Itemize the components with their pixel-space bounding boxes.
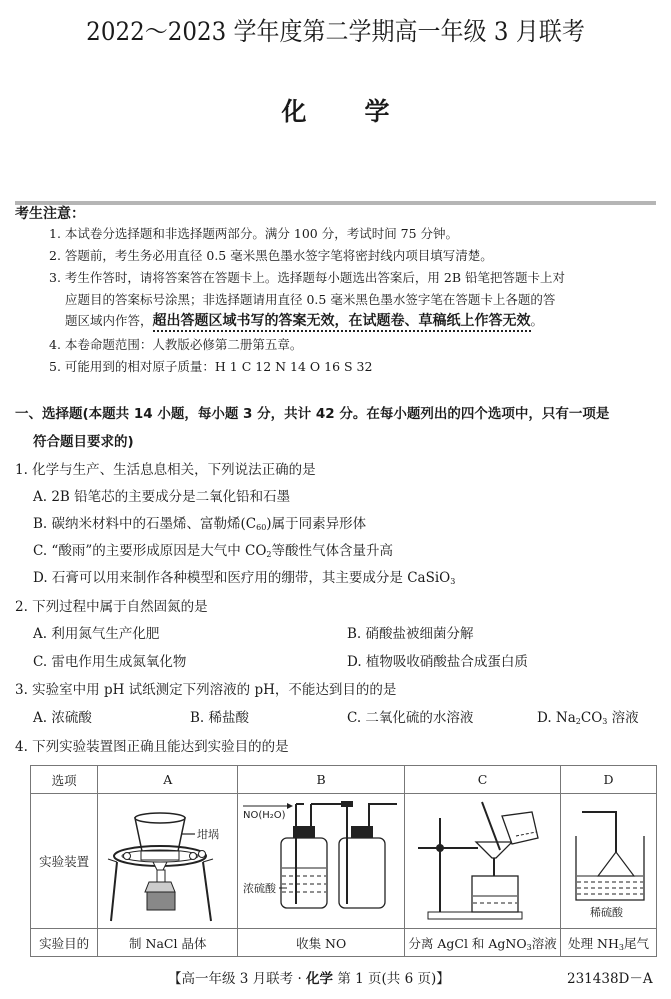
purpose-b: 收集 NO — [238, 929, 405, 957]
section-heading-line1: 一、选择题(本题共 14 小题，每小题 3 分，共计 42 分。在每小题列出的四… — [15, 402, 609, 422]
notice-heading: 考生注意： — [15, 203, 85, 223]
notice-item-3-line2: 应题目的答案标号涂黑；非选择题请用直径 0.5 毫米黑色墨水签字笔在答题卡上各题… — [65, 290, 555, 308]
q1-option-d: D. 石膏可以用来制作各种模型和医疗用的绷带，其主要成分是 CaSiO3 — [33, 566, 455, 586]
apparatus-c — [405, 794, 561, 929]
notice-item-1: 1. 本试卷分选择题和非选择题两部分。满分 100 分，考试时间 75 分钟。 — [49, 224, 458, 242]
q1-option-a: A. 2B 铅笔芯的主要成分是二氧化铅和石墨 — [33, 485, 290, 505]
apparatus-b: NO(H₂O) 浓硫酸 — [238, 794, 405, 929]
purpose-a: 制 NaCl 晶体 — [98, 929, 238, 957]
table-row-apparatus: 实验装置 坩埚 — [31, 794, 657, 929]
q2-option-c: C. 雷电作用生成氮氧化物 — [33, 650, 186, 670]
page-footer: 【高一年级 3 月联考 · 化学 第 1 页(共 6 页)】 — [168, 967, 450, 987]
q2-option-b: B. 硝酸盐被细菌分解 — [347, 622, 474, 642]
svg-text:稀硫酸: 稀硫酸 — [590, 905, 624, 919]
section-heading-line2: 符合题目要求的) — [33, 430, 134, 450]
q3-option-d: D. Na2CO3 溶液 — [537, 706, 639, 726]
svg-text:NO(H₂O): NO(H₂O) — [243, 810, 286, 821]
notice-item-4: 4. 本卷命题范围：人教版必修第二册第五章。 — [49, 335, 302, 353]
subject-char-2: 学 — [365, 92, 390, 128]
header-cell-b: B — [238, 766, 405, 794]
divider-rule — [15, 201, 656, 205]
header-cell-option: 选项 — [31, 766, 98, 794]
notice-emphasis: 超出答题区域书写的答案无效，在试题卷、草稿纸上作答无效 — [153, 313, 531, 332]
question-1-stem: 1. 化学与生产、生活息息相关，下列说法正确的是 — [15, 458, 316, 478]
q1-option-b: B. 碳纳米材料中的石墨烯、富勒烯(C60)属于同素异形体 — [33, 512, 366, 532]
apparatus-a: 坩埚 — [98, 794, 238, 929]
purpose-d: 处理 NH3尾气 — [561, 929, 657, 957]
q1-option-c: C. “酸雨”的主要形成原因是大气中 CO2等酸性气体含量升高 — [33, 539, 393, 559]
subject-char-1: 化 — [281, 92, 306, 128]
question-4-stem: 4. 下列实验装置图正确且能达到实验目的的是 — [15, 735, 289, 755]
svg-text:坩埚: 坩埚 — [197, 827, 219, 841]
q3-option-b: B. 稀盐酸 — [190, 706, 249, 726]
apparatus-table: 选项 A B C D 实验装置 坩埚 — [30, 765, 657, 957]
header-cell-d: D — [561, 766, 657, 794]
subject-title: 化学 — [0, 92, 671, 128]
q3-option-a: A. 浓硫酸 — [33, 706, 92, 726]
paper-code: 231438D－A — [567, 967, 653, 987]
table-header-row: 选项 A B C D — [31, 766, 657, 794]
gas-washing-bottles-diagram: NO(H₂O) 浓硫酸 — [241, 796, 401, 924]
row-label-purpose: 实验目的 — [31, 929, 98, 957]
question-3-stem: 3. 实验室中用 pH 试纸测定下列溶液的 pH，不能达到目的的是 — [15, 678, 396, 698]
crucible-tripod-diagram: 坩埚 — [103, 796, 233, 924]
notice-item-3-line3: 题区域内作答，超出答题区域书写的答案无效，在试题卷、草稿纸上作答无效。 — [65, 310, 543, 330]
row-label-apparatus: 实验装置 — [31, 794, 98, 929]
notice-item-3-line1: 3. 考生作答时，请将答案答在答题卡上。选择题每小题选出答案后，用 2B 铅笔把… — [49, 268, 565, 286]
notice-item-5: 5. 可能用到的相对原子质量：H 1 C 12 N 14 O 16 S 32 — [49, 357, 372, 375]
table-row-purpose: 实验目的 制 NaCl 晶体 收集 NO 分离 AgCl 和 AgNO3溶液 处… — [31, 929, 657, 957]
absorption-beaker-diagram: 稀硫酸 — [564, 796, 654, 924]
q3-option-c: C. 二氧化硫的水溶液 — [347, 706, 473, 726]
header-cell-c: C — [405, 766, 561, 794]
filtration-diagram — [408, 796, 558, 924]
exam-title: 2022～2023 学年度第二学期高一年级 3 月联考 — [27, 12, 644, 48]
header-cell-a: A — [98, 766, 238, 794]
purpose-c: 分离 AgCl 和 AgNO3溶液 — [405, 929, 561, 957]
svg-text:浓硫酸: 浓硫酸 — [243, 881, 277, 895]
question-2-stem: 2. 下列过程中属于自然固氮的是 — [15, 595, 208, 615]
q2-option-a: A. 利用氮气生产化肥 — [33, 622, 159, 642]
apparatus-d: 稀硫酸 — [561, 794, 657, 929]
notice-item-2: 2. 答题前，考生务必用直径 0.5 毫米黑色墨水签字笔将密封线内项目填写清楚。 — [49, 246, 493, 264]
q2-option-d: D. 植物吸收硝酸盐合成蛋白质 — [347, 650, 528, 670]
